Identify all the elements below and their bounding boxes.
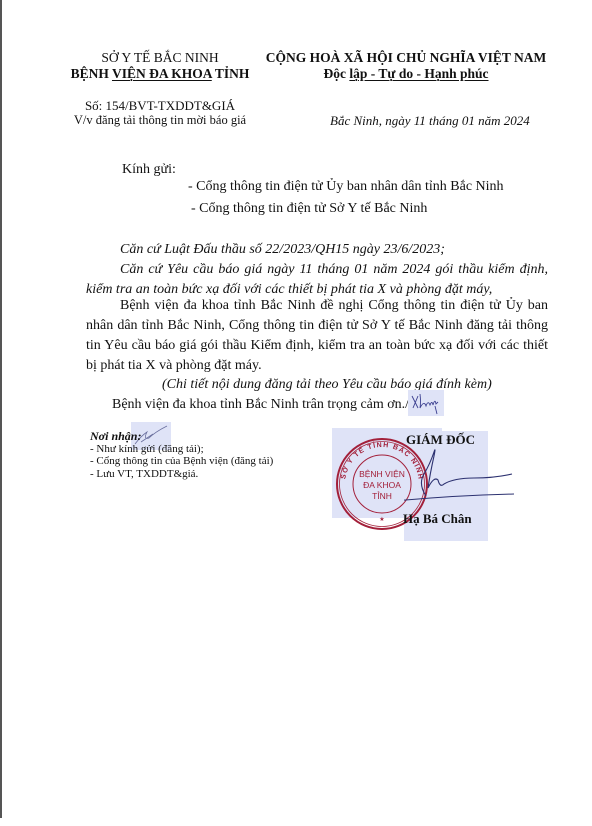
document-number: Số: 154/BVT-TXDDT&GIÁ	[60, 98, 260, 113]
motto-underlined: lập - Tự do - Hạnh phúc	[349, 66, 488, 81]
distribution-item: - Cổng thông tin của Bệnh viện (đăng tải…	[90, 455, 273, 468]
motto-pre: Độc	[323, 66, 349, 81]
hospital-name: BỆNH VIỆN ĐA KHOA TỈNH	[60, 66, 260, 82]
legal-basis-1: Căn cứ Luật Đấu thầu số 22/2023/QH15 ngà…	[86, 240, 548, 260]
request-paragraph: Bệnh viện đa khoa tỉnh Bắc Ninh đề nghị …	[86, 296, 548, 376]
svg-text:★: ★	[379, 516, 384, 523]
hospital-name-underlined: VIỆN ĐA KHOA	[112, 66, 212, 81]
department-name: SỞ Y TẾ BẮC NINH	[60, 50, 260, 66]
salutation-label: Kính gửi:	[122, 160, 176, 180]
document-subject: V/v đăng tải thông tin mời báo giá	[60, 113, 260, 128]
legal-basis-2: Căn cứ Yêu cầu báo giá ngày 11 tháng 01 …	[86, 260, 548, 300]
nation-title: CỘNG HOÀ XÃ HỘI CHỦ NGHĨA VIỆT NAM	[262, 50, 550, 66]
distribution-list: Nơi nhận: - Như kính gửi (đăng tải); - C…	[90, 430, 273, 480]
national-motto: Độc lập - Tự do - Hạnh phúc	[262, 66, 550, 82]
recipient-2: - Cổng thông tin điện tử Sở Y tế Bắc Nin…	[191, 199, 427, 219]
director-signature	[404, 440, 514, 520]
distribution-item: - Lưu VT, TXDDT&giá.	[90, 468, 273, 481]
hospital-name-post: TỈNH	[212, 66, 250, 81]
header-right: CỘNG HOÀ XÃ HỘI CHỦ NGHĨA VIỆT NAM Độc l…	[262, 50, 550, 82]
distribution-item: - Như kính gửi (đăng tải);	[90, 443, 273, 456]
closing-line: Bệnh viện đa khoa tỉnh Bắc Ninh trân trọ…	[112, 395, 413, 415]
distribution-title: Nơi nhận:	[90, 430, 273, 443]
stamp-line-3: TỈNH	[372, 490, 392, 501]
page-left-border	[0, 0, 2, 818]
hospital-name-pre: BỆNH	[71, 66, 112, 81]
signer-name: Hạ Bá Chân	[403, 511, 472, 527]
header-left: SỞ Y TẾ BẮC NINH BỆNH VIỆN ĐA KHOA TỈNH …	[60, 50, 260, 128]
stamp-line-2: ĐA KHOA	[363, 480, 401, 490]
recipient-1: - Cổng thông tin điện tử Ủy ban nhân dân…	[188, 177, 504, 197]
place-date: Bắc Ninh, ngày 11 tháng 01 năm 2024	[330, 113, 530, 129]
stamp-line-1: BỆNH VIỆN	[359, 469, 405, 479]
initial-signature	[408, 390, 444, 416]
